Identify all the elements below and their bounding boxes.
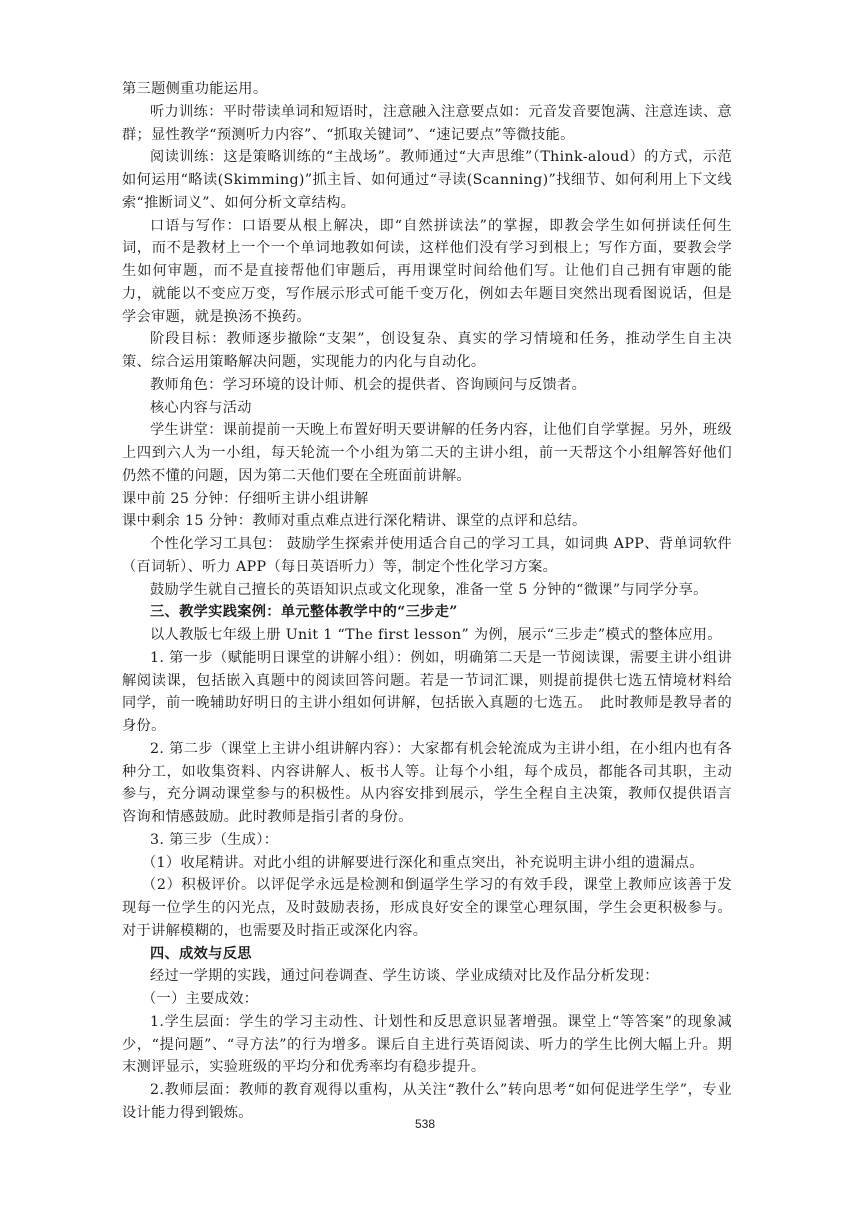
paragraph-micro-lesson: 鼓励学生就自己擅长的英语知识点或文化现象，准备一堂 5 分钟的“微课”与同学分享… bbox=[122, 579, 732, 602]
paragraph-speaking-writing: 口语与写作：口语要从根上解决，即“自然拼读法”的掌握，即教会学生如何拼读任何生词… bbox=[122, 215, 732, 329]
paragraph-stage-goal: 阶段目标：教师逐步撤除“支架”，创设复杂、真实的学习情境和任务，推动学生自主决策… bbox=[122, 328, 732, 374]
paragraph-step-3: 3. 第三步（生成）： bbox=[122, 829, 732, 852]
section-heading-3: 三、教学实践案例：单元整体教学中的“三步走” bbox=[122, 601, 732, 624]
paragraph-student-level: 1.学生层面：学生的学习主动性、计划性和反思意识显著增强。课堂上“等答案”的现象… bbox=[122, 1011, 732, 1079]
paragraph-teacher-role: 教师角色：学习环境的设计师、机会的提供者、咨询顾问与反馈者。 bbox=[122, 374, 732, 397]
paragraph-findings-intro: 经过一学期的实践，通过问卷调查、学生访谈、学业成绩对比及作品分析发现： bbox=[122, 965, 732, 988]
paragraph-step-3-1: （1）收尾精讲。对此小组的讲解要进行深化和重点突出，补充说明主讲小组的遗漏点。 bbox=[122, 852, 732, 875]
paragraph-step-2: 2. 第二步（课堂上主讲小组讲解内容）：大家都有机会轮流成为主讲小组，在小组内也… bbox=[122, 738, 732, 829]
subheading-main-results: （一）主要成效： bbox=[122, 988, 732, 1011]
paragraph-step-1: 1. 第一步（赋能明日课堂的讲解小组）：例如，明确第二天是一节阅读课，需要主讲小… bbox=[122, 647, 732, 738]
paragraph-first-25-min: 课中前 25 分钟：仔细听主讲小组讲解 bbox=[122, 488, 732, 511]
paragraph-step-3-2: （2）积极评价。以评促学永远是检测和倒逼学生学习的有效手段，课堂上教师应该善于发… bbox=[122, 874, 732, 942]
paragraph: 第三题侧重功能运用。 bbox=[122, 78, 732, 101]
paragraph-toolkit: 个性化学习工具包： 鼓励学生探索并使用适合自己的学习工具，如词典 APP、背单词… bbox=[122, 533, 732, 579]
page-number: 538 bbox=[0, 1117, 850, 1131]
paragraph-listening-training: 听力训练：平时带读单词和短语时，注意融入注意要点如：元音发音要饱满、注意连读、意… bbox=[122, 101, 732, 147]
paragraph-core-content: 核心内容与活动 bbox=[122, 397, 732, 420]
paragraph-example-intro: 以人教版七年级上册 Unit 1 “The first lesson” 为例，展… bbox=[122, 624, 732, 647]
paragraph-student-lecture: 学生讲堂：课前提前一天晚上布置好明天要讲解的任务内容，让他们自学掌握。另外，班级… bbox=[122, 419, 732, 487]
paragraph-reading-training: 阅读训练：这是策略训练的“主战场”。教师通过“大声思维”（Think-aloud… bbox=[122, 146, 732, 214]
section-heading-4: 四、成效与反思 bbox=[122, 943, 732, 966]
paragraph-remaining-15-min: 课中剩余 15 分钟：教师对重点难点进行深化精讲、课堂的点评和总结。 bbox=[122, 510, 732, 533]
document-body: 第三题侧重功能运用。 听力训练：平时带读单词和短语时，注意融入注意要点如：元音发… bbox=[122, 78, 732, 1125]
